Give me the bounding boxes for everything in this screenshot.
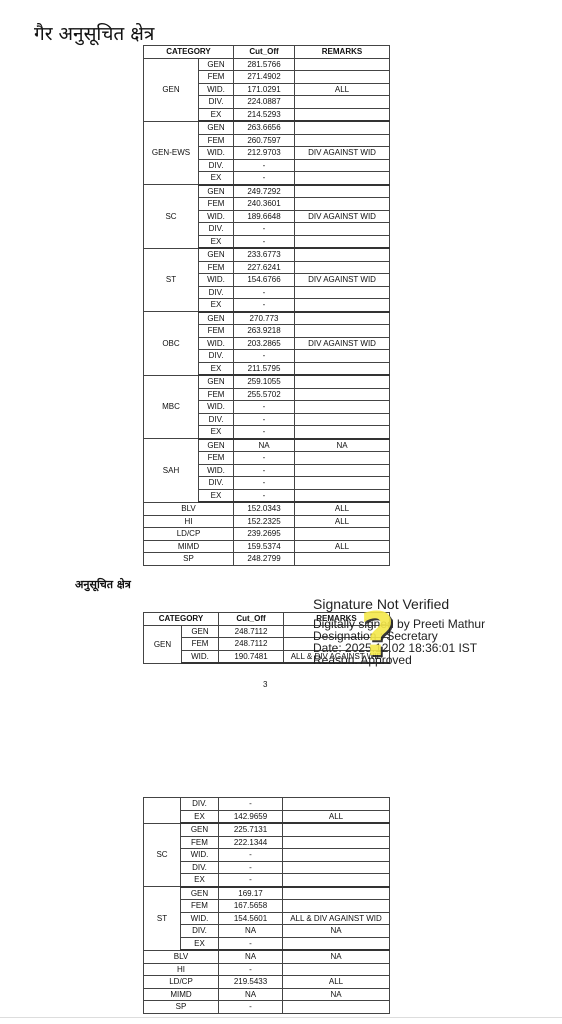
subcategory-cell: WID. — [199, 274, 234, 287]
remarks-cell — [283, 849, 390, 862]
cutoff-cell: - — [234, 223, 295, 236]
cutoff-cell: 263.9218 — [234, 325, 295, 338]
cutoff-cell: 212.9703 — [234, 147, 295, 160]
remarks-cell — [283, 836, 390, 849]
subcategory-cell: DIV. — [199, 96, 234, 109]
table-row: STGEN169.17 — [144, 887, 390, 900]
remarks-cell: NA — [283, 988, 390, 1001]
remarks-cell: DIV AGAINST WID — [295, 210, 390, 223]
cutoff-cell: - — [219, 963, 283, 976]
remarks-cell: ALL — [295, 83, 390, 96]
remarks-cell — [295, 198, 390, 211]
remarks-cell: ALL — [295, 502, 390, 515]
subcategory-cell: WID. — [199, 147, 234, 160]
table-row: EX- — [144, 874, 390, 887]
subcategory-cell: DIV. — [199, 413, 234, 426]
cutoff-cell: 239.2695 — [234, 528, 295, 541]
cutoff-cell: 227.6241 — [234, 261, 295, 274]
table-row: BLVNANA — [144, 950, 390, 963]
cutoff-cell: 154.5601 — [219, 912, 283, 925]
category-cell: ST — [144, 248, 199, 312]
category-cell: SP — [144, 1001, 219, 1014]
subcategory-cell: WID. — [199, 210, 234, 223]
signature-reason: Reason: Approved — [313, 654, 485, 666]
cutoff-table-non-scheduled: CATEGORY Cut_Off REMARKS GENGEN281.5766F… — [143, 45, 390, 566]
cutoff-cell: 255.5702 — [234, 388, 295, 401]
cutoff-cell: 263.6656 — [234, 121, 295, 134]
subcategory-cell: GEN — [199, 121, 234, 134]
remarks-cell — [295, 159, 390, 172]
category-cell: LD/CP — [144, 976, 219, 989]
subcategory-cell: FEM — [199, 134, 234, 147]
page-divider — [0, 1017, 562, 1018]
cutoff-cell: 225.7131 — [219, 823, 283, 836]
category-cell: GEN-EWS — [144, 121, 199, 185]
table-row: SP- — [144, 1001, 390, 1014]
table-row: MBCGEN259.1055 — [144, 375, 390, 388]
page-number: 3 — [263, 680, 267, 689]
category-cell: MBC — [144, 375, 199, 439]
remarks-cell — [295, 248, 390, 261]
remarks-cell — [295, 413, 390, 426]
cutoff-cell: - — [234, 401, 295, 414]
subcategory-cell: EX — [181, 937, 219, 950]
subcategory-cell: GEN — [199, 439, 234, 452]
table-row: MIMD159.5374ALL — [144, 540, 390, 553]
category-cell: SC — [144, 823, 181, 887]
remarks-cell — [295, 464, 390, 477]
cutoff-cell: 249.7292 — [234, 185, 295, 198]
category-cell: SC — [144, 185, 199, 249]
section-title-scheduled: अनुसूचित क्षेत्र — [75, 577, 131, 592]
cutoff-cell: 152.2325 — [234, 515, 295, 528]
subcategory-cell: DIV. — [199, 477, 234, 490]
table-row: DIV.- — [144, 798, 390, 811]
remarks-cell — [295, 185, 390, 198]
table-row: HI152.2325ALL — [144, 515, 390, 528]
remarks-cell — [295, 375, 390, 388]
subcategory-cell: FEM — [199, 261, 234, 274]
subcategory-cell: EX — [199, 426, 234, 439]
cutoff-cell: NA — [219, 925, 283, 938]
category-cell: BLV — [144, 950, 219, 963]
remarks-cell — [295, 350, 390, 363]
table-row: MIMDNANA — [144, 988, 390, 1001]
cutoff-cell: 259.1055 — [234, 375, 295, 388]
remarks-cell — [295, 528, 390, 541]
remarks-cell: NA — [283, 925, 390, 938]
subcategory-cell: EX — [181, 874, 219, 887]
remarks-cell — [283, 900, 390, 913]
cutoff-cell: 224.0887 — [234, 96, 295, 109]
subcategory-cell: GEN — [181, 823, 219, 836]
remarks-cell — [295, 362, 390, 375]
remarks-cell — [295, 172, 390, 185]
table-row: DIV.- — [144, 861, 390, 874]
remarks-cell: DIV AGAINST WID — [295, 147, 390, 160]
remarks-cell — [295, 452, 390, 465]
remarks-cell — [283, 937, 390, 950]
remarks-cell — [295, 108, 390, 121]
table-row: BLV152.0343ALL — [144, 502, 390, 515]
table-row: EX142.9659ALL — [144, 810, 390, 823]
category-cell: ST — [144, 887, 181, 951]
remarks-cell: ALL — [283, 810, 390, 823]
cutoff-cell: - — [234, 350, 295, 363]
cutoff-cell: 260.7597 — [234, 134, 295, 147]
remarks-cell: ALL — [295, 540, 390, 553]
cutoff-cell: NA — [234, 439, 295, 452]
table-row: HI- — [144, 963, 390, 976]
subcategory-cell: WID. — [199, 83, 234, 96]
remarks-cell — [295, 223, 390, 236]
subcategory-cell: DIV. — [181, 861, 219, 874]
table-row: GEN-EWSGEN263.6656 — [144, 121, 390, 134]
subcategory-cell: EX — [199, 299, 234, 312]
remarks-cell — [295, 388, 390, 401]
cutoff-cell: 240.3601 — [234, 198, 295, 211]
cutoff-cell: 203.2865 — [234, 337, 295, 350]
subcategory-cell: EX — [199, 235, 234, 248]
remarks-cell: DIV AGAINST WID — [295, 337, 390, 350]
cutoff-cell: - — [219, 861, 283, 874]
cutoff-table-continued: DIV.-EX142.9659ALLSCGEN225.7131FEM222.13… — [143, 797, 390, 1014]
cutoff-cell: 171.0291 — [234, 83, 295, 96]
remarks-cell — [295, 96, 390, 109]
subcategory-cell: WID. — [199, 401, 234, 414]
cutoff-cell: - — [219, 798, 283, 811]
remarks-cell: DIV AGAINST WID — [295, 274, 390, 287]
cutoff-cell: 211.5795 — [234, 362, 295, 375]
cutoff-cell: NA — [219, 950, 283, 963]
cutoff-cell: 281.5766 — [234, 58, 295, 71]
cutoff-cell: 271.4902 — [234, 71, 295, 84]
cutoff-cell: 152.0343 — [234, 502, 295, 515]
category-cell: LD/CP — [144, 528, 234, 541]
remarks-cell — [295, 261, 390, 274]
cutoff-cell: 248.7112 — [219, 625, 284, 638]
subcategory-cell: EX — [199, 172, 234, 185]
remarks-cell — [295, 489, 390, 502]
subcategory-cell: WID. — [182, 650, 219, 663]
digital-signature-block: Signature Not Verified Digitally signed … — [313, 598, 485, 666]
subcategory-cell: EX — [199, 362, 234, 375]
subcategory-cell: FEM — [181, 836, 219, 849]
header-cutoff: Cut_Off — [219, 613, 284, 626]
category-cell: MIMD — [144, 540, 234, 553]
cutoff-cell: NA — [219, 988, 283, 1001]
cutoff-cell: - — [234, 477, 295, 490]
cutoff-cell: - — [234, 426, 295, 439]
cutoff-cell: - — [234, 235, 295, 248]
subcategory-cell: FEM — [199, 388, 234, 401]
subcategory-cell: DIV. — [199, 159, 234, 172]
category-cell — [144, 798, 181, 824]
cutoff-cell: - — [234, 452, 295, 465]
category-cell: SAH — [144, 439, 199, 503]
table-row: FEM222.1344 — [144, 836, 390, 849]
cutoff-cell: - — [234, 489, 295, 502]
cutoff-cell: 222.1344 — [219, 836, 283, 849]
category-cell: HI — [144, 963, 219, 976]
remarks-cell — [283, 861, 390, 874]
question-mark-icon: ? — [360, 605, 395, 665]
cutoff-cell: 270.773 — [234, 312, 295, 325]
remarks-cell: NA — [283, 950, 390, 963]
category-cell: GEN — [144, 58, 199, 121]
cutoff-cell: 214.5293 — [234, 108, 295, 121]
cutoff-cell: 233.6773 — [234, 248, 295, 261]
remarks-cell — [295, 477, 390, 490]
subcategory-cell: EX — [199, 489, 234, 502]
table-row: LD/CP219.5433ALL — [144, 976, 390, 989]
subcategory-cell: FEM — [199, 325, 234, 338]
cutoff-cell: 219.5433 — [219, 976, 283, 989]
remarks-cell — [295, 286, 390, 299]
table-row: EX- — [144, 937, 390, 950]
remarks-cell — [283, 798, 390, 811]
cutoff-cell: - — [219, 937, 283, 950]
subcategory-cell: GEN — [199, 248, 234, 261]
subcategory-cell: FEM — [199, 452, 234, 465]
cutoff-cell: 167.5658 — [219, 900, 283, 913]
subcategory-cell: GEN — [199, 375, 234, 388]
section-title-non-scheduled: गैर अनुसूचित क्षेत्र — [34, 20, 154, 46]
cutoff-cell: - — [219, 849, 283, 862]
cutoff-cell: 169.17 — [219, 887, 283, 900]
category-cell: OBC — [144, 312, 199, 376]
subcategory-cell: GEN — [181, 887, 219, 900]
remarks-cell — [295, 235, 390, 248]
subcategory-cell: DIV. — [199, 223, 234, 236]
subcategory-cell: GEN — [199, 312, 234, 325]
remarks-cell — [283, 887, 390, 900]
table-row: SCGEN225.7131 — [144, 823, 390, 836]
table-row: SAHGENNANA — [144, 439, 390, 452]
remarks-cell — [295, 312, 390, 325]
table-row: STGEN233.6773 — [144, 248, 390, 261]
subcategory-cell: FEM — [181, 900, 219, 913]
subcategory-cell: FEM — [199, 71, 234, 84]
subcategory-cell: DIV. — [181, 925, 219, 938]
cutoff-cell: 142.9659 — [219, 810, 283, 823]
signature-status: Signature Not Verified — [313, 598, 485, 610]
cutoff-cell: - — [219, 1001, 283, 1014]
remarks-cell — [295, 299, 390, 312]
remarks-cell — [295, 553, 390, 566]
remarks-cell — [295, 58, 390, 71]
subcategory-cell: DIV. — [181, 798, 219, 811]
category-cell: BLV — [144, 502, 234, 515]
remarks-cell — [295, 325, 390, 338]
remarks-cell: ALL — [283, 976, 390, 989]
subcategory-cell: FEM — [182, 638, 219, 651]
table-row: GENGEN281.5766 — [144, 58, 390, 71]
remarks-cell: ALL & DIV AGAINST WID — [283, 912, 390, 925]
remarks-cell: NA — [295, 439, 390, 452]
subcategory-cell: FEM — [199, 198, 234, 211]
table-row: DIV.NANA — [144, 925, 390, 938]
remarks-cell — [295, 71, 390, 84]
table-row: FEM167.5658 — [144, 900, 390, 913]
remarks-cell — [295, 426, 390, 439]
table-row: OBCGEN270.773 — [144, 312, 390, 325]
subcategory-cell: GEN — [199, 58, 234, 71]
subcategory-cell: EX — [199, 108, 234, 121]
table-row: SP248.2799 — [144, 553, 390, 566]
cutoff-cell: - — [234, 286, 295, 299]
category-cell: SP — [144, 553, 234, 566]
remarks-cell — [295, 401, 390, 414]
subcategory-cell: WID. — [181, 849, 219, 862]
subcategory-cell: WID. — [199, 337, 234, 350]
subcategory-cell: DIV. — [199, 286, 234, 299]
cutoff-cell: - — [234, 299, 295, 312]
cutoff-cell: 248.2799 — [234, 553, 295, 566]
remarks-cell — [283, 963, 390, 976]
remarks-cell — [295, 121, 390, 134]
cutoff-cell: - — [219, 874, 283, 887]
cutoff-cell: - — [234, 159, 295, 172]
subcategory-cell: WID. — [199, 464, 234, 477]
category-cell: MIMD — [144, 988, 219, 1001]
cutoff-cell: 189.6648 — [234, 210, 295, 223]
remarks-cell — [283, 823, 390, 836]
table-row: LD/CP239.2695 — [144, 528, 390, 541]
header-category: CATEGORY — [144, 46, 234, 59]
remarks-cell — [283, 874, 390, 887]
cutoff-cell: 154.6766 — [234, 274, 295, 287]
cutoff-cell: 248.7112 — [219, 638, 284, 651]
cutoff-cell: - — [234, 413, 295, 426]
header-remarks: REMARKS — [295, 46, 390, 59]
table-row: SCGEN249.7292 — [144, 185, 390, 198]
cutoff-cell: - — [234, 172, 295, 185]
subcategory-cell: DIV. — [199, 350, 234, 363]
subcategory-cell: WID. — [181, 912, 219, 925]
header-cutoff: Cut_Off — [234, 46, 295, 59]
subcategory-cell: GEN — [199, 185, 234, 198]
cutoff-cell: - — [234, 464, 295, 477]
subcategory-cell: EX — [181, 810, 219, 823]
header-category: CATEGORY — [144, 613, 219, 626]
table-row: WID.154.5601ALL & DIV AGAINST WID — [144, 912, 390, 925]
table-row: WID.- — [144, 849, 390, 862]
cutoff-cell: 190.7481 — [219, 650, 284, 663]
remarks-cell — [295, 134, 390, 147]
category-cell: HI — [144, 515, 234, 528]
category-cell: GEN — [144, 625, 182, 663]
subcategory-cell: GEN — [182, 625, 219, 638]
remarks-cell — [283, 1001, 390, 1014]
cutoff-cell: 159.5374 — [234, 540, 295, 553]
remarks-cell: ALL — [295, 515, 390, 528]
